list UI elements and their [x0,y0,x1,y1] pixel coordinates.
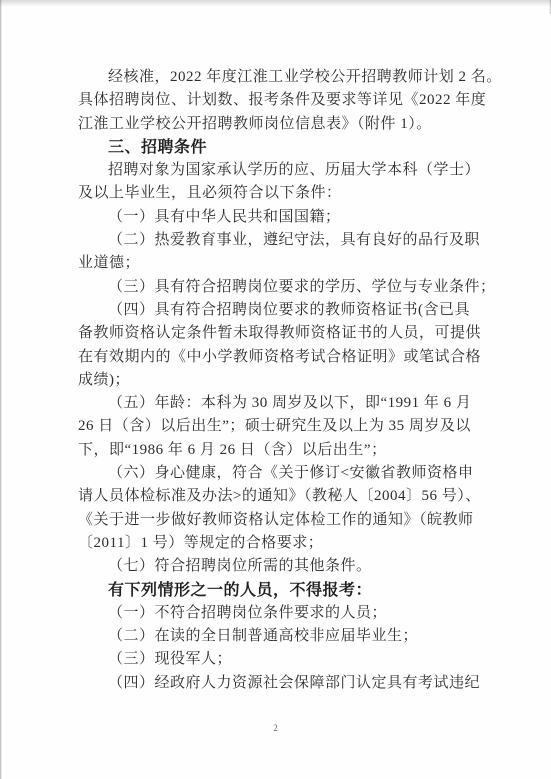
text-line: （三）现役军人； [78,648,522,671]
text-line: 26 日（含）以后出生”；硕士研究生及以上为 35 周岁及以 [78,415,522,438]
page-number: 2 [273,723,278,733]
text-line: 江淮工业学校公开招聘教师岗位信息表》（附件 1）。 [78,113,522,136]
text-line: （三）具有符合招聘岗位要求的学历、学位与专业条件； [78,276,522,299]
text-line: 及以上毕业生，且必须符合以下条件： [78,182,522,205]
text-line: （二）在读的全日制普通高校非应届毕业生； [78,625,522,648]
text-line: （七）符合招聘岗位所需的其他条件。 [78,555,522,578]
text-line: 备教师资格认定条件暂未取得教师资格证书的人员，可提供 [78,322,522,345]
page-left-scan-edge [0,0,2,779]
text-line: （四）具有符合招聘岗位要求的教师资格证书(含已具 [78,299,522,322]
text-line: 成绩)； [78,369,522,392]
text-line: （一）具有中华人民共和国国籍； [78,206,522,229]
text-line: 〔2011〕1 号）等规定的合格要求； [78,532,522,555]
text-line: 招聘对象为国家承认学历的应、历届大学本科（学士） [78,159,522,182]
text-line: （一）不符合招聘岗位条件要求的人员； [78,602,522,625]
page-top-scan-shade [0,0,551,7]
text-line: 《关于进一步做好教师资格认定体检工作的通知》（皖教师 [78,509,522,532]
text-line: 经核准，2022 年度江淮工业学校公开招聘教师计划 2 名。 [78,66,522,89]
text-line: （六）身心健康，符合《关于修订<安徽省教师资格申 [78,462,522,485]
text-line: （二）热爱教育事业，遵纪守法，具有良好的品行及职 [78,229,522,252]
text-line: 下，即“1986 年 6 月 26 日（含）以后出生”； [78,439,522,462]
section-heading: 三、招聘条件 [78,136,522,159]
text-line: 在有效期内的《中小学教师资格考试合格证明》或笔试合格 [78,346,522,369]
text-line: （五）年龄：本科为 30 周岁及以下，即“1991 年 6 月 [78,392,522,415]
section-heading: 有下列情形之一的人员，不得报考： [78,579,522,602]
text-line: 具体招聘岗位、计划数、报考条件及要求等详见《2022 年度 [78,89,522,112]
document-body: 经核准，2022 年度江淮工业学校公开招聘教师计划 2 名。具体招聘岗位、计划数… [78,66,522,695]
document-page: 经核准，2022 年度江淮工业学校公开招聘教师计划 2 名。具体招聘岗位、计划数… [0,0,551,779]
text-line: 业道德； [78,252,522,275]
text-line: 请人员体检标准及办法>的通知》（教秘人〔2004〕56 号）、 [78,485,522,508]
text-line: （四）经政府人力资源社会保障部门认定具有考试违纪 [78,672,522,695]
page-footer: 2 [0,718,551,736]
